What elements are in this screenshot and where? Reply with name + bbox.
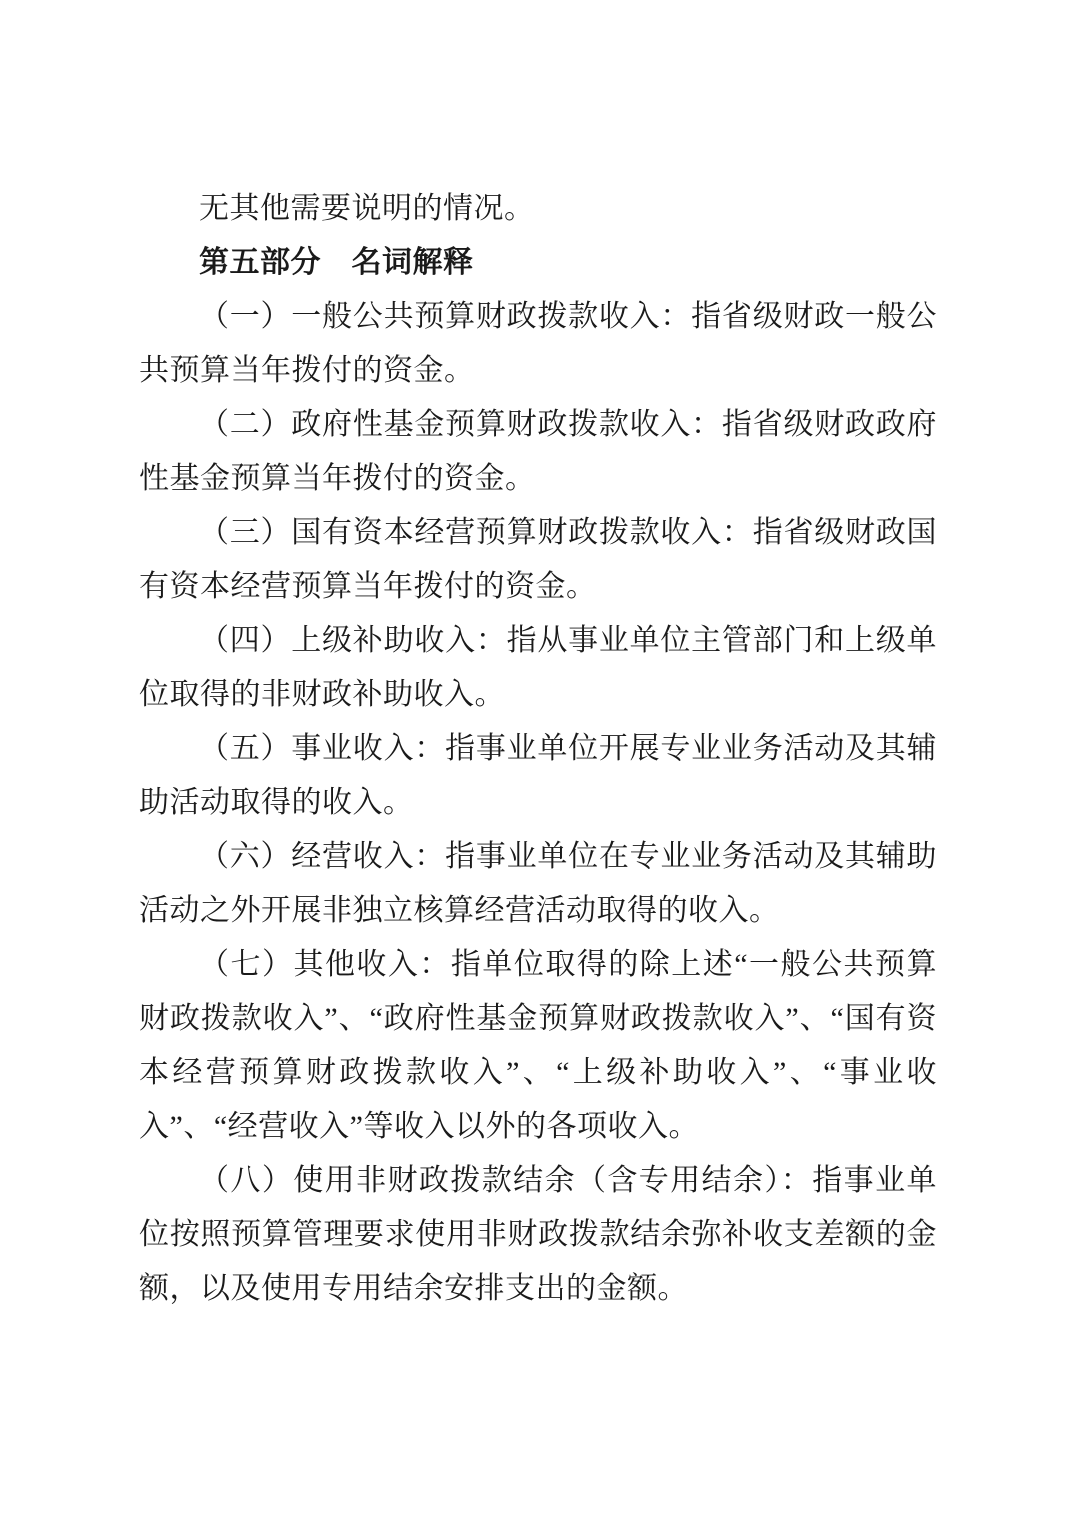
term-paragraph-2: （二）政府性基金预算财政拨款收入：指省级财政政府性基金预算当年拨付的资金。 bbox=[139, 398, 937, 506]
term-paragraph-5: （五）事业收入：指事业单位开展专业业务活动及其辅助活动取得的收入。 bbox=[139, 722, 937, 830]
term-paragraph-4: （四）上级补助收入：指从事业单位主管部门和上级单位取得的非财政补助收入。 bbox=[139, 614, 937, 722]
term-paragraph-1: （一）一般公共预算财政拨款收入：指省级财政一般公共预算当年拨付的资金。 bbox=[139, 290, 937, 398]
document-page: 无其他需要说明的情况。 第五部分 名词解释 （一）一般公共预算财政拨款收入：指省… bbox=[0, 0, 1074, 1520]
section-heading: 第五部分 名词解释 bbox=[139, 236, 937, 290]
term-paragraph-7: （七）其他收入：指单位取得的除上述“一般公共预算财政拨款收入”、“政府性基金预算… bbox=[139, 938, 937, 1154]
term-paragraph-3: （三）国有资本经营预算财政拨款收入：指省级财政国有资本经营预算当年拨付的资金。 bbox=[139, 506, 937, 614]
paragraph-intro: 无其他需要说明的情况。 bbox=[139, 182, 937, 236]
term-paragraph-8: （八）使用非财政拨款结余（含专用结余）：指事业单位按照预算管理要求使用非财政拨款… bbox=[139, 1154, 937, 1316]
term-paragraph-6: （六）经营收入：指事业单位在专业业务活动及其辅助活动之外开展非独立核算经营活动取… bbox=[139, 830, 937, 938]
